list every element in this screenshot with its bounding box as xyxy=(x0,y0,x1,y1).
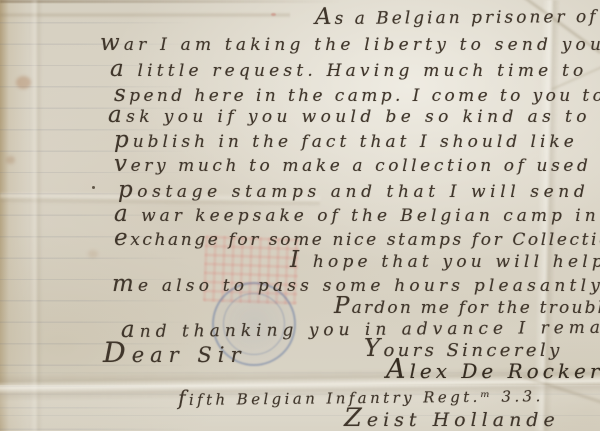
red-speck xyxy=(271,13,276,16)
letter-line: a war keepsake of the Belgian camp in xyxy=(114,201,600,227)
paper-top-edge xyxy=(0,0,340,3)
age-spot xyxy=(6,156,15,164)
ink-speck xyxy=(92,186,95,189)
letter-line: postage stamps and that I will send xyxy=(118,177,589,203)
letter-photo: As a Belgian prisoner of war I am taking… xyxy=(0,0,600,431)
signature: Alex De Rocker xyxy=(386,354,600,385)
letter-line: I hope that you will help xyxy=(290,247,600,273)
letter-line: very much to make a collection of used xyxy=(114,151,592,177)
letter-line: ask you if you would be so kind as to xyxy=(108,102,591,128)
letter-line: war I am taking the liberty to send you xyxy=(100,30,600,56)
salutation: Dear Sir xyxy=(103,336,247,369)
age-spot xyxy=(88,250,98,258)
letter-line: As a Belgian prisoner of xyxy=(315,2,599,30)
letter-line: publish in the fact that I should like xyxy=(114,127,578,153)
paper-crease xyxy=(0,12,290,18)
age-spot xyxy=(16,76,31,89)
location-line: Zeist Hollande xyxy=(344,403,560,431)
letter-line: a little request. Having much time to xyxy=(110,56,587,82)
paper-crease xyxy=(30,0,42,431)
